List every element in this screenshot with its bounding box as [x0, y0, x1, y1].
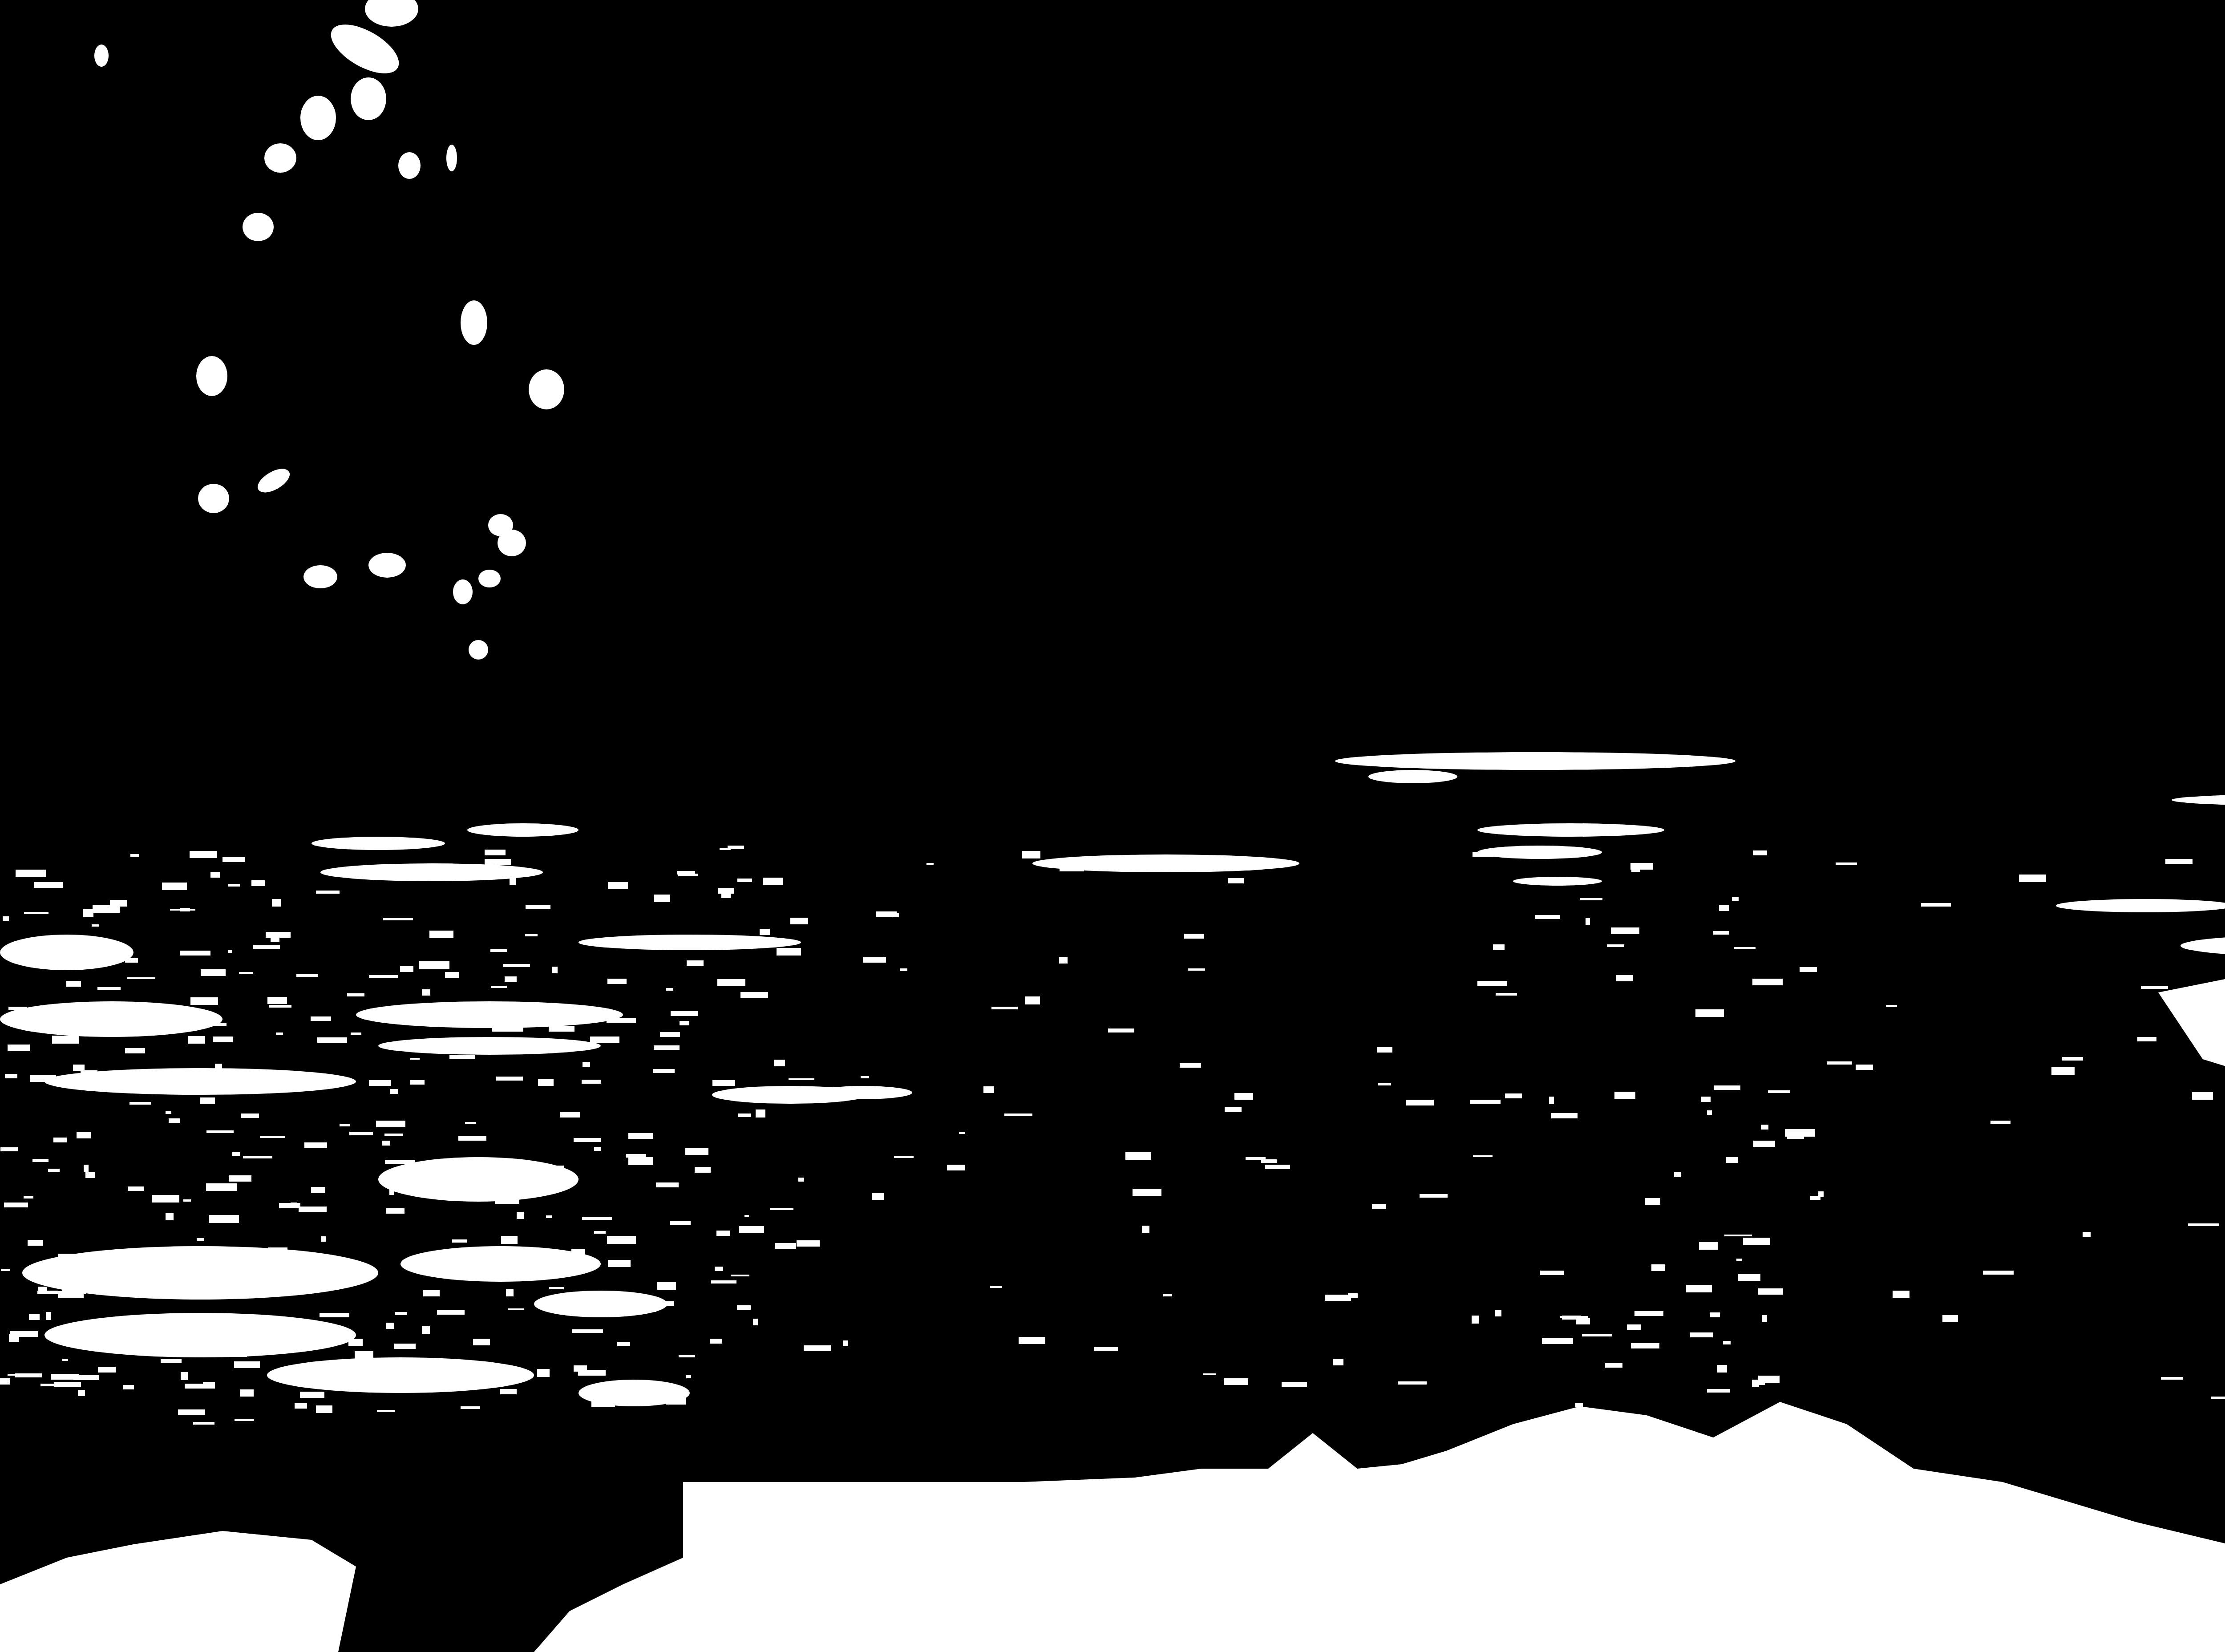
background	[0, 0, 2225, 1652]
thresholded-photo	[0, 0, 2225, 1652]
